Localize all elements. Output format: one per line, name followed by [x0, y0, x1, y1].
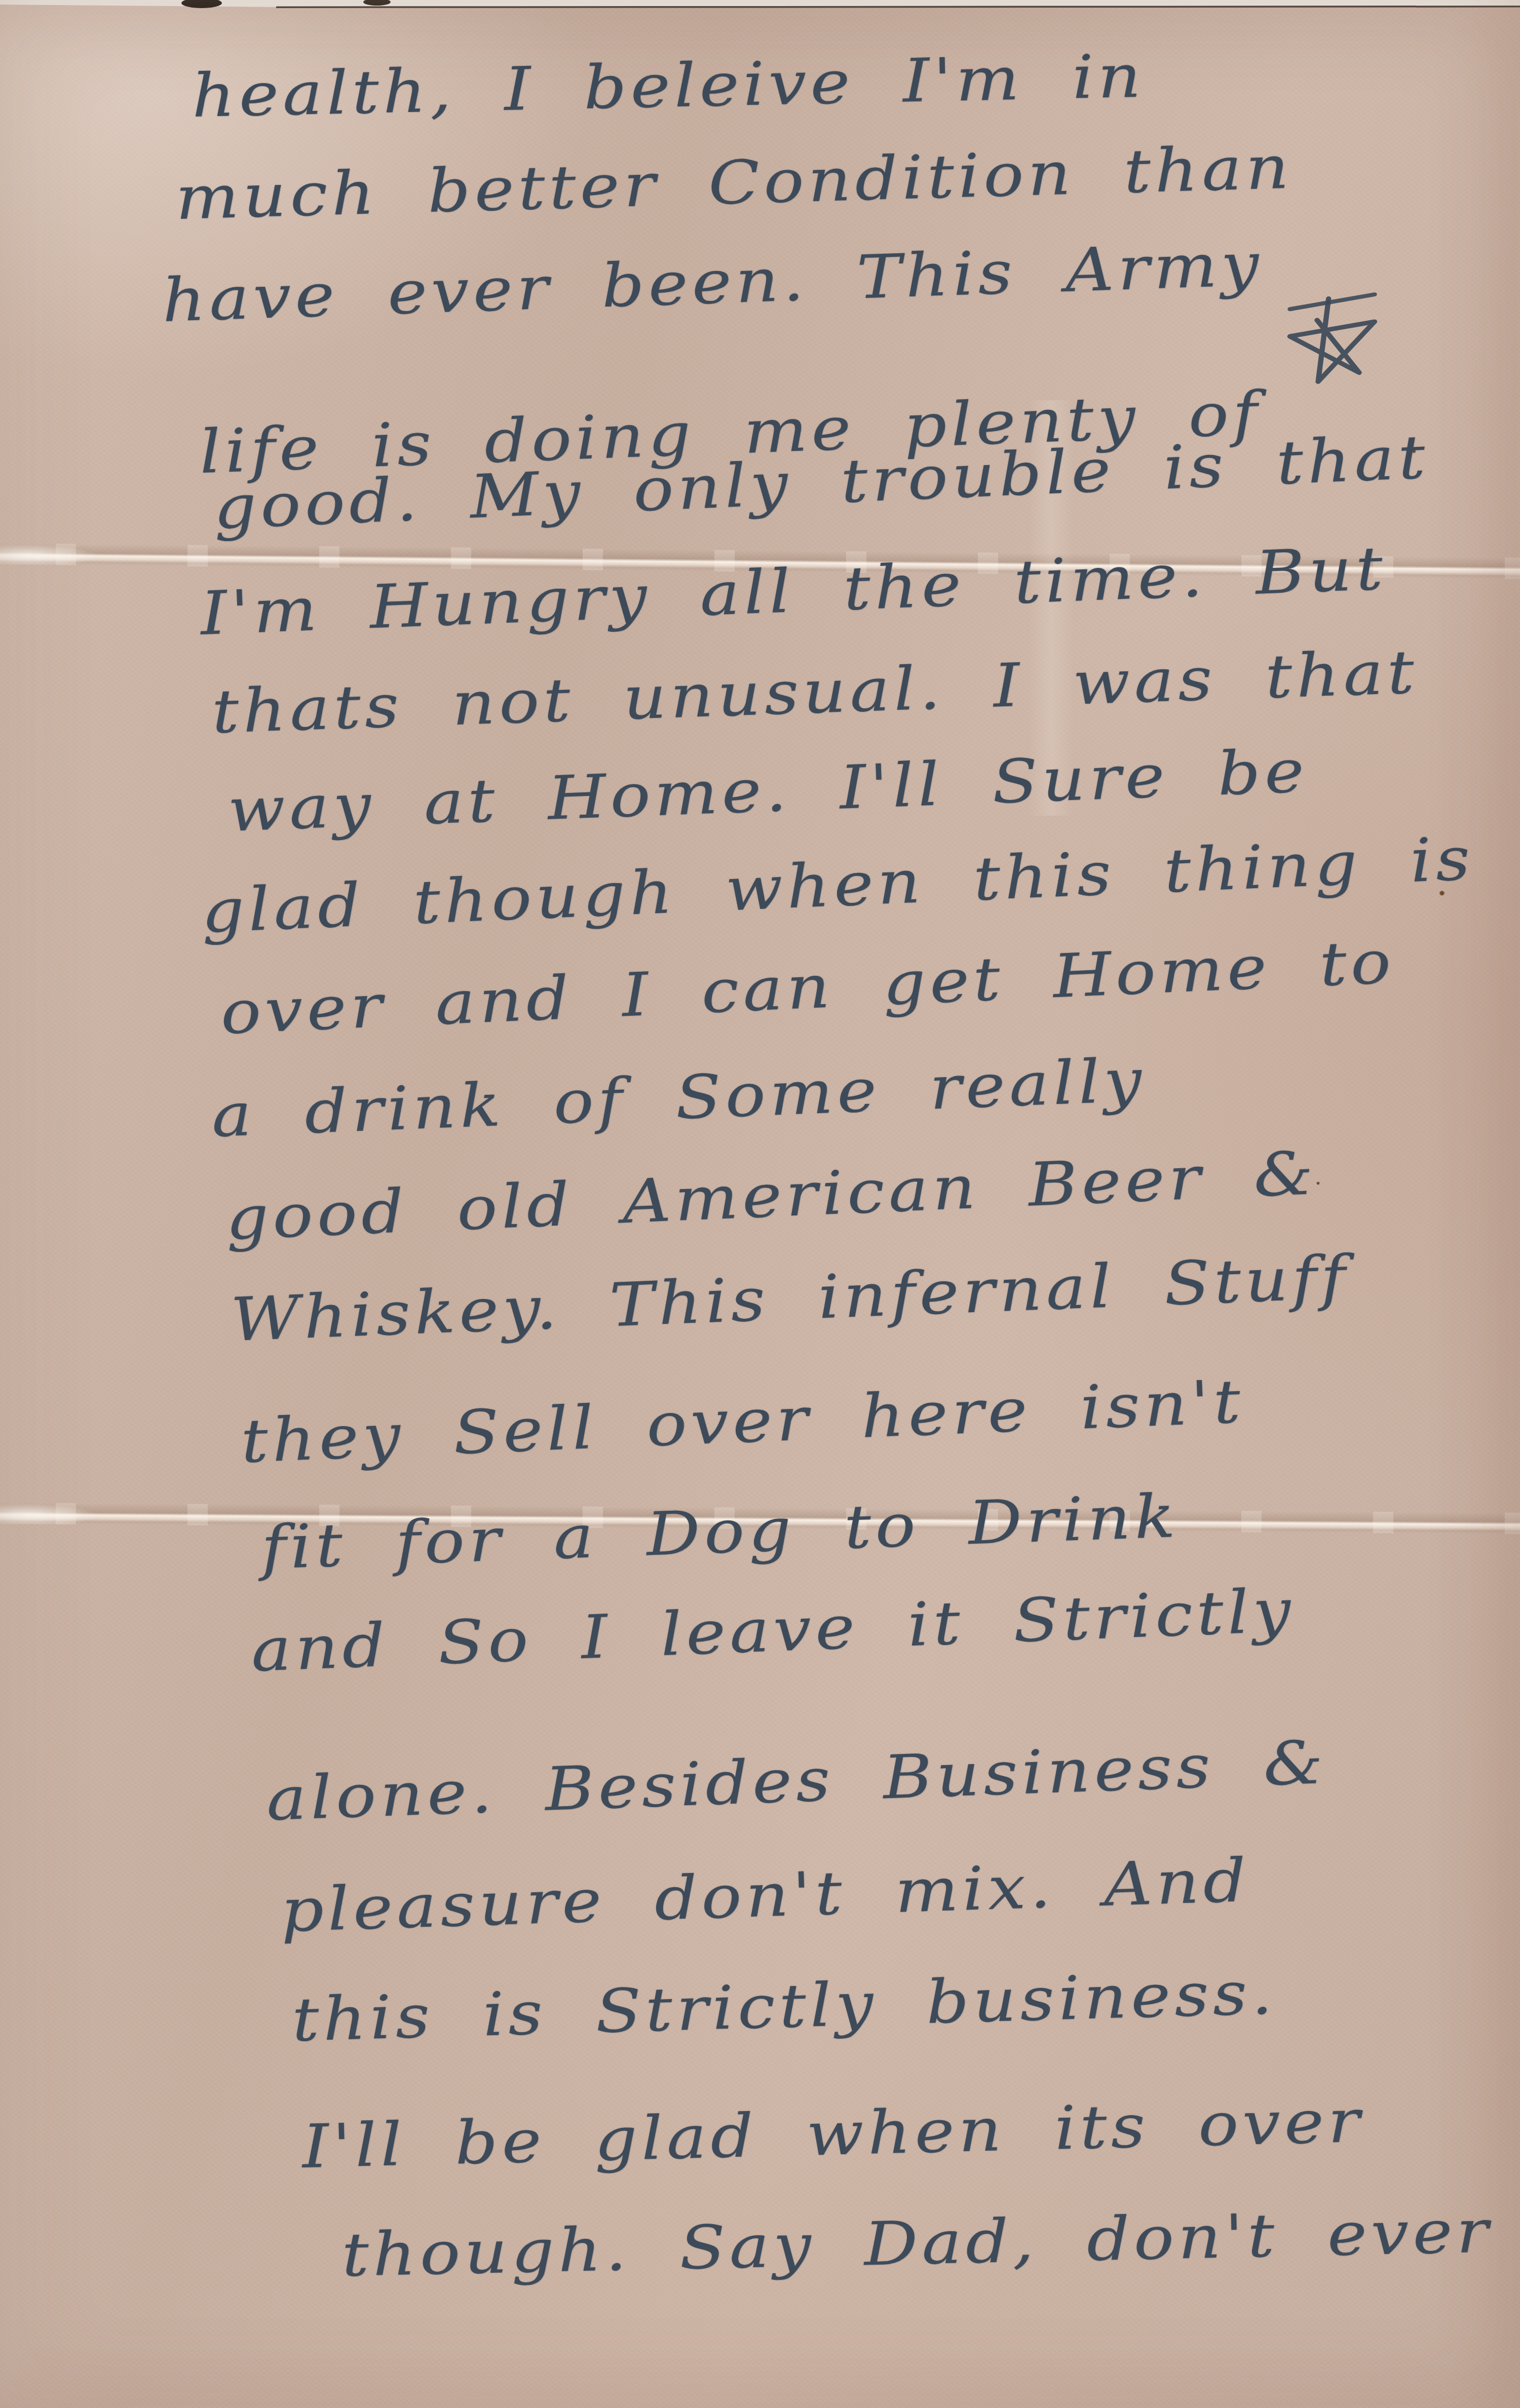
handwritten-line: way at Home. I'll Sure be: [227, 741, 1309, 840]
handwritten-line-text: much better Condition than: [174, 132, 1294, 233]
handwritten-line-text: way at Home. I'll Sure be: [226, 736, 1309, 845]
handwritten-line-text: alone. Besides Business &: [265, 1727, 1328, 1834]
handwritten-line: health, I beleive I'm in: [192, 46, 1146, 126]
handwritten-line-text: pleasure don't mix. And: [280, 1845, 1251, 1945]
handwritten-line-text: Whiskey. This infernal Stuff: [230, 1242, 1351, 1355]
handwritten-line: fit for a Dog to Drink: [260, 1486, 1180, 1578]
handwritten-line-text: health, I beleive I'm in: [191, 41, 1145, 131]
handwritten-line-text: over and I can get Home to: [219, 927, 1396, 1048]
handwritten-line-text: glad though when this thing is: [200, 823, 1475, 946]
handwritten-line: good old American Beer &: [224, 1143, 1318, 1248]
paper-top-edge: [0, 0, 1520, 30]
handwritten-line: a drink of Some really: [210, 1050, 1146, 1145]
scribbled-out-mark: [1273, 282, 1392, 393]
handwritten-line-text: thats not unusual. I was that: [211, 637, 1419, 747]
handwritten-line-text: have ever been. This Army: [161, 229, 1264, 335]
handwritten-line: thats not unusual. I was that: [211, 642, 1419, 742]
handwritten-line: and So I leave it Strictly: [250, 1580, 1296, 1680]
ink-blob: [181, 0, 222, 8]
handwritten-line-text: I'll be glad when its over: [301, 2086, 1364, 2182]
handwritten-line-text: fit for a Dog to Drink: [260, 1481, 1181, 1583]
handwritten-line-text: they Sell over here isn't: [240, 1366, 1246, 1476]
handwritten-line-text: a drink of Some really: [210, 1045, 1147, 1151]
handwritten-line: alone. Besides Business &: [265, 1732, 1328, 1829]
handwritten-line: pleasure don't mix. And: [280, 1850, 1250, 1940]
handwritten-line-text: good old American Beer &: [224, 1138, 1319, 1253]
handwritten-line: Whiskey. This infernal Stuff: [230, 1247, 1350, 1350]
handwritten-line: have ever been. This Army: [161, 234, 1264, 330]
handwritten-line: glad though when this thing is: [200, 828, 1475, 941]
handwritten-line: they Sell over here isn't: [240, 1371, 1245, 1471]
handwritten-line: though. Say Dad, don't ever: [341, 2201, 1493, 2285]
handwritten-line: this is Strictly business.: [291, 1963, 1277, 2050]
handwritten-line: over and I can get Home to: [219, 932, 1396, 1043]
handwritten-line: much better Condition than: [175, 137, 1294, 228]
handwritten-line-text: this is Strictly business.: [291, 1958, 1277, 2055]
handwritten-line-text: though. Say Dad, don't ever: [341, 2196, 1493, 2290]
letter-page: health, I beleive I'm inmuch better Cond…: [0, 0, 1520, 2408]
handwritten-line-text: and So I leave it Strictly: [250, 1575, 1296, 1685]
handwritten-line: I'll be glad when its over: [301, 2091, 1364, 2176]
